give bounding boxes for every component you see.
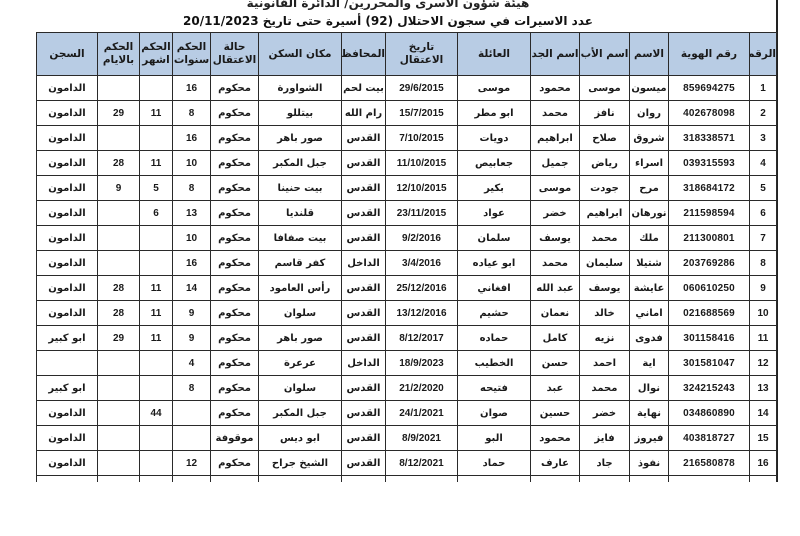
cell-id-number: 021688569	[669, 301, 750, 326]
cell-prison: الدامون	[37, 401, 98, 426]
table-row: 2402678098رواننافزمحمدابو مطر15/7/2015را…	[37, 101, 777, 126]
cell-first-name: نورهان	[630, 201, 669, 226]
cell-id-number: 039315593	[669, 151, 750, 176]
cell-sentence-years: 16	[173, 76, 211, 101]
cell-first-name: نوال	[630, 376, 669, 401]
cell-arrest-date: 23/11/2015	[386, 201, 458, 226]
cell-arrest-date: 8/9/2021	[386, 426, 458, 451]
cell-id-number: 318338571	[669, 126, 750, 151]
cell-father-name: خالد	[580, 301, 630, 326]
cell-sentence-years: 8	[173, 376, 211, 401]
cell-first-name: شروق	[630, 126, 669, 151]
cell-detention-status: محكوم	[211, 126, 259, 151]
table-row: 3318338571شروقصلاحابراهيمدويات7/10/2015ا…	[37, 126, 777, 151]
cell-detention-status: محكوم	[211, 251, 259, 276]
cell-family-name: ابو مطر	[458, 101, 531, 126]
cell-prison: الدامون	[37, 426, 98, 451]
cell-governorate: القدس	[342, 201, 386, 226]
cell-sentence-days: 28	[98, 151, 140, 176]
cell-row-number: 8	[750, 251, 777, 276]
cell-sentence-days: 29	[98, 326, 140, 351]
cell-residence: كفر قاسم	[259, 251, 342, 276]
cell-father-name: موسى	[580, 76, 630, 101]
cell-arrest-date: 21/2/2020	[386, 376, 458, 401]
cell-governorate: بيت لحم	[342, 76, 386, 101]
cell-governorate: القدس	[342, 176, 386, 201]
column-header-status: حالة الاعتقال	[211, 33, 259, 76]
cell-prison: الدامون	[37, 276, 98, 301]
cell-family-name: موسى	[458, 76, 531, 101]
cell-residence: بيتللو	[259, 101, 342, 126]
cell-arrest-date: 29/6/2015	[386, 76, 458, 101]
cell-residence: سلوان	[259, 376, 342, 401]
cell-row-number: 16	[750, 451, 777, 476]
cell-sentence-days	[98, 351, 140, 376]
cell-first-name: روان	[630, 101, 669, 126]
table-row: 8203769286شتيلاسليمانمحمدابو عياده3/4/20…	[37, 251, 777, 276]
cell-row-number: 15	[750, 426, 777, 451]
cell-residence: جبل المكبر	[259, 151, 342, 176]
cell-father-name: محمد	[580, 376, 630, 401]
page-bottom-blank	[0, 482, 800, 536]
cell-prison: الدامون	[37, 201, 98, 226]
cell-first-name: اسراء	[630, 151, 669, 176]
cell-governorate: القدس	[342, 226, 386, 251]
document-subtitle: عدد الاسيرات في سجون الاحتلال (92) أسيرة…	[0, 14, 776, 28]
cell-first-name: شتيلا	[630, 251, 669, 276]
table-row: 11301158416فدوىنزيهكاملحماده8/12/2017الق…	[37, 326, 777, 351]
cell-grandfather-name: محمود	[531, 426, 580, 451]
cell-prison: الدامون	[37, 101, 98, 126]
cell-arrest-date: 11/10/2015	[386, 151, 458, 176]
cell-detention-status: محكوم	[211, 451, 259, 476]
cell-sentence-days	[98, 226, 140, 251]
cell-sentence-years: 10	[173, 151, 211, 176]
cell-sentence-days: 29	[98, 101, 140, 126]
cell-row-number: 5	[750, 176, 777, 201]
cell-id-number: 211598594	[669, 201, 750, 226]
cell-prison: الدامون	[37, 176, 98, 201]
cell-prison: الدامون	[37, 451, 98, 476]
cell-grandfather-name: عارف	[531, 451, 580, 476]
cell-sentence-days	[98, 201, 140, 226]
cell-row-number: 10	[750, 301, 777, 326]
cell-prison: الدامون	[37, 126, 98, 151]
cell-grandfather-name: محمد	[531, 251, 580, 276]
cell-sentence-months	[140, 226, 173, 251]
cell-residence: بيت حنينا	[259, 176, 342, 201]
table-row: 7211300801ملكمحمديوسفسلمان9/2/2016القدسب…	[37, 226, 777, 251]
cell-residence: ابو ديس	[259, 426, 342, 451]
cell-sentence-years: 10	[173, 226, 211, 251]
cell-family-name: عواد	[458, 201, 531, 226]
cell-id-number: 403818727	[669, 426, 750, 451]
cell-governorate: القدس	[342, 276, 386, 301]
cell-sentence-months	[140, 251, 173, 276]
cell-father-name: جودت	[580, 176, 630, 201]
cell-father-name: رياض	[580, 151, 630, 176]
cell-first-name: فدوى	[630, 326, 669, 351]
cell-grandfather-name: كامل	[531, 326, 580, 351]
cell-arrest-date: 8/12/2017	[386, 326, 458, 351]
cell-governorate: الداخل	[342, 351, 386, 376]
cell-detention-status: محكوم	[211, 151, 259, 176]
cell-family-name: حشيم	[458, 301, 531, 326]
cell-sentence-days: 28	[98, 301, 140, 326]
cell-grandfather-name: عبد الله	[531, 276, 580, 301]
cell-id-number: 324215243	[669, 376, 750, 401]
column-header-governorate: المحافظة	[342, 33, 386, 76]
cell-father-name: احمد	[580, 351, 630, 376]
cell-grandfather-name: خضر	[531, 201, 580, 226]
cell-id-number: 859694275	[669, 76, 750, 101]
cell-arrest-date: 12/10/2015	[386, 176, 458, 201]
cell-detention-status: محكوم	[211, 76, 259, 101]
cell-prison: ابو كبير	[37, 326, 98, 351]
cell-first-name: ملك	[630, 226, 669, 251]
cell-sentence-years: 16	[173, 251, 211, 276]
cell-residence: الشواورة	[259, 76, 342, 101]
table-row: 13324215243نوالمحمدعبدفتيحه21/2/2020القد…	[37, 376, 777, 401]
cell-residence: صور باهر	[259, 126, 342, 151]
cell-arrest-date: 24/1/2021	[386, 401, 458, 426]
cell-grandfather-name: نعمان	[531, 301, 580, 326]
cell-arrest-date: 15/7/2015	[386, 101, 458, 126]
cell-sentence-years: 8	[173, 101, 211, 126]
cell-sentence-months: 11	[140, 276, 173, 301]
cell-sentence-days	[98, 76, 140, 101]
cell-father-name: محمد	[580, 226, 630, 251]
cell-governorate: القدس	[342, 451, 386, 476]
cell-family-name: البو	[458, 426, 531, 451]
cell-sentence-months	[140, 376, 173, 401]
cell-sentence-days	[98, 251, 140, 276]
cell-id-number: 060610250	[669, 276, 750, 301]
cell-sentence-days	[98, 426, 140, 451]
cell-detention-status: محكوم	[211, 101, 259, 126]
cell-grandfather-name: محمود	[531, 76, 580, 101]
cell-residence: سلوان	[259, 301, 342, 326]
cell-residence: الشيخ جراح	[259, 451, 342, 476]
column-header-residence: مكان السكن	[259, 33, 342, 76]
cell-prison: الدامون	[37, 226, 98, 251]
cell-prison	[37, 351, 98, 376]
cell-family-name: الخطيب	[458, 351, 531, 376]
column-header-months: الحكم اشهر	[140, 33, 173, 76]
column-header-arrest-date: تاريخ الاعتقال	[386, 33, 458, 76]
cell-sentence-years: 4	[173, 351, 211, 376]
cell-sentence-months: 11	[140, 101, 173, 126]
cell-arrest-date: 3/4/2016	[386, 251, 458, 276]
cell-sentence-months	[140, 126, 173, 151]
cell-father-name: يوسف	[580, 276, 630, 301]
cell-governorate: القدس	[342, 126, 386, 151]
cell-grandfather-name: حسن	[531, 351, 580, 376]
cell-sentence-years: 9	[173, 326, 211, 351]
cell-detention-status: محكوم	[211, 226, 259, 251]
cell-residence: بيت صفافا	[259, 226, 342, 251]
cell-governorate: القدس	[342, 401, 386, 426]
cell-family-name: بكير	[458, 176, 531, 201]
cell-first-name: ميسون	[630, 76, 669, 101]
cell-father-name: فايز	[580, 426, 630, 451]
table-header-row: الرقم رقم الهوية الاسم اسم الأب اسم الجد…	[37, 33, 777, 76]
cell-first-name: عايشة	[630, 276, 669, 301]
cell-governorate: القدس	[342, 326, 386, 351]
cell-id-number: 203769286	[669, 251, 750, 276]
cell-arrest-date: 7/10/2015	[386, 126, 458, 151]
cell-first-name: اية	[630, 351, 669, 376]
table-row: 1859694275ميسونموسىمحمودموسى29/6/2015بيت…	[37, 76, 777, 101]
cell-row-number: 1	[750, 76, 777, 101]
cell-row-number: 9	[750, 276, 777, 301]
cell-grandfather-name: عبد	[531, 376, 580, 401]
cell-sentence-years: 8	[173, 176, 211, 201]
column-header-family: العائلة	[458, 33, 531, 76]
column-header-prison: السجن	[37, 33, 98, 76]
cell-family-name: ابو عياده	[458, 251, 531, 276]
cell-sentence-months	[140, 451, 173, 476]
cell-first-name: نهاية	[630, 401, 669, 426]
cell-row-number: 14	[750, 401, 777, 426]
cell-residence: عرعرة	[259, 351, 342, 376]
cell-sentence-years: 13	[173, 201, 211, 226]
cell-family-name: دويات	[458, 126, 531, 151]
cell-sentence-days: 28	[98, 276, 140, 301]
cell-grandfather-name: ابراهيم	[531, 126, 580, 151]
cell-first-name: نفوذ	[630, 451, 669, 476]
cell-detention-status: محكوم	[211, 376, 259, 401]
cell-sentence-months: 5	[140, 176, 173, 201]
cell-sentence-years: 9	[173, 301, 211, 326]
cell-father-name: نزيه	[580, 326, 630, 351]
cell-id-number: 318684172	[669, 176, 750, 201]
cell-family-name: فتيحه	[458, 376, 531, 401]
column-header-years: الحكم سنوات	[173, 33, 211, 76]
table-row: 9060610250عايشةيوسفعبد اللهافغاني25/12/2…	[37, 276, 777, 301]
table-row: 4039315593اسراءرياضجميلجعابيص11/10/2015ا…	[37, 151, 777, 176]
cell-grandfather-name: حسين	[531, 401, 580, 426]
cell-arrest-date: 9/2/2016	[386, 226, 458, 251]
cell-sentence-years: 14	[173, 276, 211, 301]
cell-id-number: 301581047	[669, 351, 750, 376]
cell-prison: الدامون	[37, 151, 98, 176]
cell-sentence-months	[140, 426, 173, 451]
cell-sentence-months: 11	[140, 301, 173, 326]
table-row: 16216580878نفوذجادعارفحماد8/12/2021القدس…	[37, 451, 777, 476]
cell-father-name: صلاح	[580, 126, 630, 151]
cell-governorate: القدس	[342, 376, 386, 401]
cell-father-name: سليمان	[580, 251, 630, 276]
cell-sentence-years	[173, 401, 211, 426]
table-row: 6211598594نورهانابراهيمخضرعواد23/11/2015…	[37, 201, 777, 226]
table-row: 15403818727فيروزفايزمحمودالبو8/9/2021الق…	[37, 426, 777, 451]
cell-id-number: 216580878	[669, 451, 750, 476]
cell-grandfather-name: محمد	[531, 101, 580, 126]
cell-detention-status: محكوم	[211, 301, 259, 326]
cell-father-name: نافز	[580, 101, 630, 126]
cell-row-number: 13	[750, 376, 777, 401]
cell-first-name: مرح	[630, 176, 669, 201]
cell-residence: قلنديا	[259, 201, 342, 226]
column-header-number: الرقم	[750, 33, 777, 76]
cell-row-number: 11	[750, 326, 777, 351]
cell-row-number: 2	[750, 101, 777, 126]
table-row: 5318684172مرحجودتموسىبكير12/10/2015القدس…	[37, 176, 777, 201]
cell-id-number: 402678098	[669, 101, 750, 126]
cell-sentence-days	[98, 126, 140, 151]
cell-detention-status: محكوم	[211, 276, 259, 301]
cell-sentence-months: 11	[140, 151, 173, 176]
cell-sentence-years: 16	[173, 126, 211, 151]
cell-id-number: 034860890	[669, 401, 750, 426]
cell-governorate: القدس	[342, 151, 386, 176]
cell-residence: جبل المكبر	[259, 401, 342, 426]
cell-sentence-days	[98, 376, 140, 401]
cell-first-name: اماني	[630, 301, 669, 326]
cell-row-number: 6	[750, 201, 777, 226]
cell-row-number: 3	[750, 126, 777, 151]
cell-governorate: القدس	[342, 301, 386, 326]
cell-governorate: الداخل	[342, 251, 386, 276]
cell-sentence-days	[98, 401, 140, 426]
cell-sentence-days: 9	[98, 176, 140, 201]
cell-family-name: جعابيص	[458, 151, 531, 176]
column-header-father: اسم الأب	[580, 33, 630, 76]
prisoners-table: الرقم رقم الهوية الاسم اسم الأب اسم الجد…	[36, 32, 777, 501]
cell-prison: الدامون	[37, 301, 98, 326]
cell-family-name: صوان	[458, 401, 531, 426]
cell-arrest-date: 25/12/2016	[386, 276, 458, 301]
cell-family-name: حماده	[458, 326, 531, 351]
cell-id-number: 211300801	[669, 226, 750, 251]
column-header-days: الحكم بالايام	[98, 33, 140, 76]
cell-sentence-years	[173, 426, 211, 451]
cell-detention-status: محكوم	[211, 201, 259, 226]
cell-id-number: 301158416	[669, 326, 750, 351]
cell-first-name: فيروز	[630, 426, 669, 451]
cell-father-name: خضر	[580, 401, 630, 426]
cell-sentence-months	[140, 76, 173, 101]
cell-arrest-date: 8/12/2021	[386, 451, 458, 476]
table-row: 14034860890نهايةخضرحسينصوان24/1/2021القد…	[37, 401, 777, 426]
column-header-id: رقم الهوية	[669, 33, 750, 76]
cell-arrest-date: 13/12/2016	[386, 301, 458, 326]
cell-family-name: حماد	[458, 451, 531, 476]
cell-sentence-months	[140, 351, 173, 376]
cell-family-name: سلمان	[458, 226, 531, 251]
cell-governorate: رام الله	[342, 101, 386, 126]
cell-prison: ابو كبير	[37, 376, 98, 401]
cell-grandfather-name: يوسف	[531, 226, 580, 251]
cell-row-number: 12	[750, 351, 777, 376]
cell-prison: الدامون	[37, 76, 98, 101]
cell-detention-status: محكوم	[211, 401, 259, 426]
cell-arrest-date: 18/9/2023	[386, 351, 458, 376]
cell-sentence-days	[98, 451, 140, 476]
cell-sentence-months: 6	[140, 201, 173, 226]
cell-residence: رأس العامود	[259, 276, 342, 301]
cell-residence: صور باهر	[259, 326, 342, 351]
cell-grandfather-name: موسى	[531, 176, 580, 201]
cell-family-name: افغاني	[458, 276, 531, 301]
cell-row-number: 4	[750, 151, 777, 176]
cell-grandfather-name: جميل	[531, 151, 580, 176]
cell-father-name: جاد	[580, 451, 630, 476]
column-header-grandfather: اسم الجد	[531, 33, 580, 76]
cell-sentence-months: 11	[140, 326, 173, 351]
table-row: 10021688569امانيخالدنعمانحشيم13/12/2016ا…	[37, 301, 777, 326]
cell-prison: الدامون	[37, 251, 98, 276]
table-row: 12301581047ايةاحمدحسنالخطيب18/9/2023الدا…	[37, 351, 777, 376]
cell-father-name: ابراهيم	[580, 201, 630, 226]
cell-sentence-months: 44	[140, 401, 173, 426]
cell-detention-status: محكوم	[211, 351, 259, 376]
cell-governorate: القدس	[342, 426, 386, 451]
cell-row-number: 7	[750, 226, 777, 251]
cell-detention-status: محكوم	[211, 176, 259, 201]
cell-detention-status: موقوفة	[211, 426, 259, 451]
organization-title: هيئة شؤون الأسرى والمحررين/ الدائرة القا…	[0, 0, 776, 10]
cell-detention-status: محكوم	[211, 326, 259, 351]
column-header-name: الاسم	[630, 33, 669, 76]
cell-sentence-years: 12	[173, 451, 211, 476]
